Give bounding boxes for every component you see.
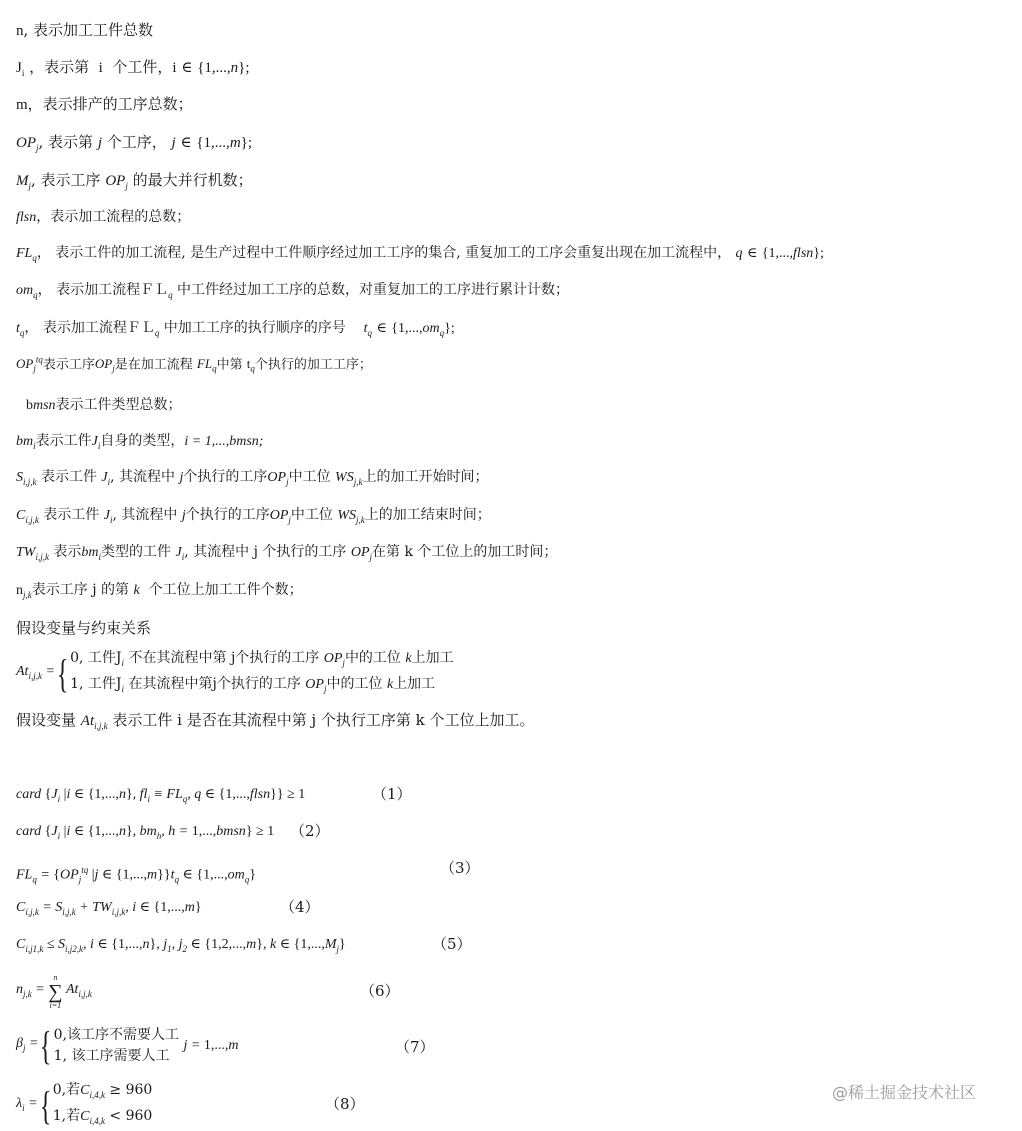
at-case-1: 1, 工件Ji 在其流程中第j个执行的工序 OPj中的工位 k上加工 (70, 674, 454, 700)
def-M: Mj, 表示工序 OPj 的最大并行机数； (16, 170, 253, 196)
def-S: Si,j,k 表示工件 Ji, 其流程中 j个执行的工序OPj中工位 WSj,k… (16, 467, 488, 492)
def-TW: TWi,j,k 表示bmi类型的工件 Ji, 其流程中 j 个执行的工序 OPj… (16, 542, 557, 567)
summation-icon: n∑i=1 (48, 974, 62, 1010)
eq7-case-1: 1, 该工序需要人工 (54, 1046, 179, 1067)
section-title: 假设变量与约束关系 (16, 618, 151, 638)
equation-number-6: （6） (360, 980, 400, 1001)
equation-number-4: （4） (280, 896, 320, 917)
equation-4: Ci,j,k = Si,j,k + TWi,j,k, i ∈ {1,...,m} (16, 898, 202, 922)
equation-8: λi ={0,若Ci,4,k ≥ 9601,若Ci,4,k < 960 (16, 1080, 152, 1131)
def-C: Ci,j,k 表示工件 Ji, 其流程中 j个执行的工序OPj中工位 WSj,k… (16, 505, 491, 530)
def-FL: FLq， 表示工件的加工流程, 是生产过程中工件顺序经过加工工序的集合, 重复加… (16, 243, 824, 268)
def-njk: nj,k表示工序 j 的第 k 个工位上加工工件个数； (16, 580, 303, 605)
watermark: @稀土掘金技术社区 (832, 1080, 976, 1103)
equation-5: Ci,j1,k ≤ Si,j2,k, i ∈ {1,...,n}, j1, j2… (16, 935, 346, 959)
equation-number-3: （3） (440, 857, 480, 878)
def-J: Ji ，表示第 i 个工件，i ∈ {1,...,n}; (16, 57, 250, 83)
def-om: omq， 表示加工流程ＦＬq 中工件经过加工工序的总数，对重复加工的工序进行累计… (16, 280, 569, 305)
def-n: n, 表示加工工件总数 (16, 20, 153, 41)
def-m: m，表示排产的工序总数； (16, 94, 193, 115)
def-flsn: flsn，表示加工流程的总数； (16, 207, 190, 228)
at-case-0: 0, 工件Ji 不在其流程中第 j个执行的工序 OPj中的工位 k上加工 (70, 648, 454, 674)
eq8-case-0: 0,若Ci,4,k ≥ 960 (53, 1080, 153, 1106)
equation-number-7: （7） (395, 1036, 435, 1057)
eq8-case-1: 1,若Ci,4,k < 960 (53, 1106, 153, 1131)
at-description: 假设变量 Ati,j,k 表示工件 i 是否在其流程中第 j 个执行工序第 k … (16, 710, 535, 736)
at-cases: Ati,j,k ={0, 工件Ji 不在其流程中第 j个执行的工序 OPj中的工… (16, 648, 454, 700)
equation-number-5: （5） (432, 933, 472, 954)
def-OPtq: OPjtq表示工序OPj是在加工流程 FLq中第 tq个执行的加工工序； (16, 350, 372, 379)
equation-3: FLq = {OPjtq |j ∈ {1,...,m}}tq ∈ {1,...,… (16, 860, 256, 889)
def-bm: bmi表示工件Ji自身的类型，i = 1,...,bmsn; (16, 431, 263, 456)
def-bmsn: bmsn表示工件类型总数； (26, 395, 182, 416)
def-OP: OPj, 表示第 j 个工序， j ∈ {1,...,m}; (16, 132, 252, 158)
equation-1: card {Ji |i ∈ {1,...,n}, fli ≡ FLq, q ∈ … (16, 785, 305, 809)
equation-2: card {Ji |i ∈ {1,...,n}, bmh, h = 1,...,… (16, 822, 274, 846)
eq7-case-0: 0,该工序不需要人工 (54, 1025, 179, 1046)
def-t: tq， 表示加工流程ＦＬq 中加工工序的执行顺序的序号 tq ∈ {1,...,… (16, 318, 455, 343)
equation-7: βj ={0,该工序不需要人工1, 该工序需要人工 j = 1,...,m (16, 1025, 238, 1067)
equation-number-1: （1） (372, 783, 412, 804)
equation-number-8: （8） (325, 1093, 365, 1114)
equation-6: nj,k = n∑i=1 Ati,j,k (16, 974, 92, 1010)
equation-number-2: （2） (290, 820, 330, 841)
